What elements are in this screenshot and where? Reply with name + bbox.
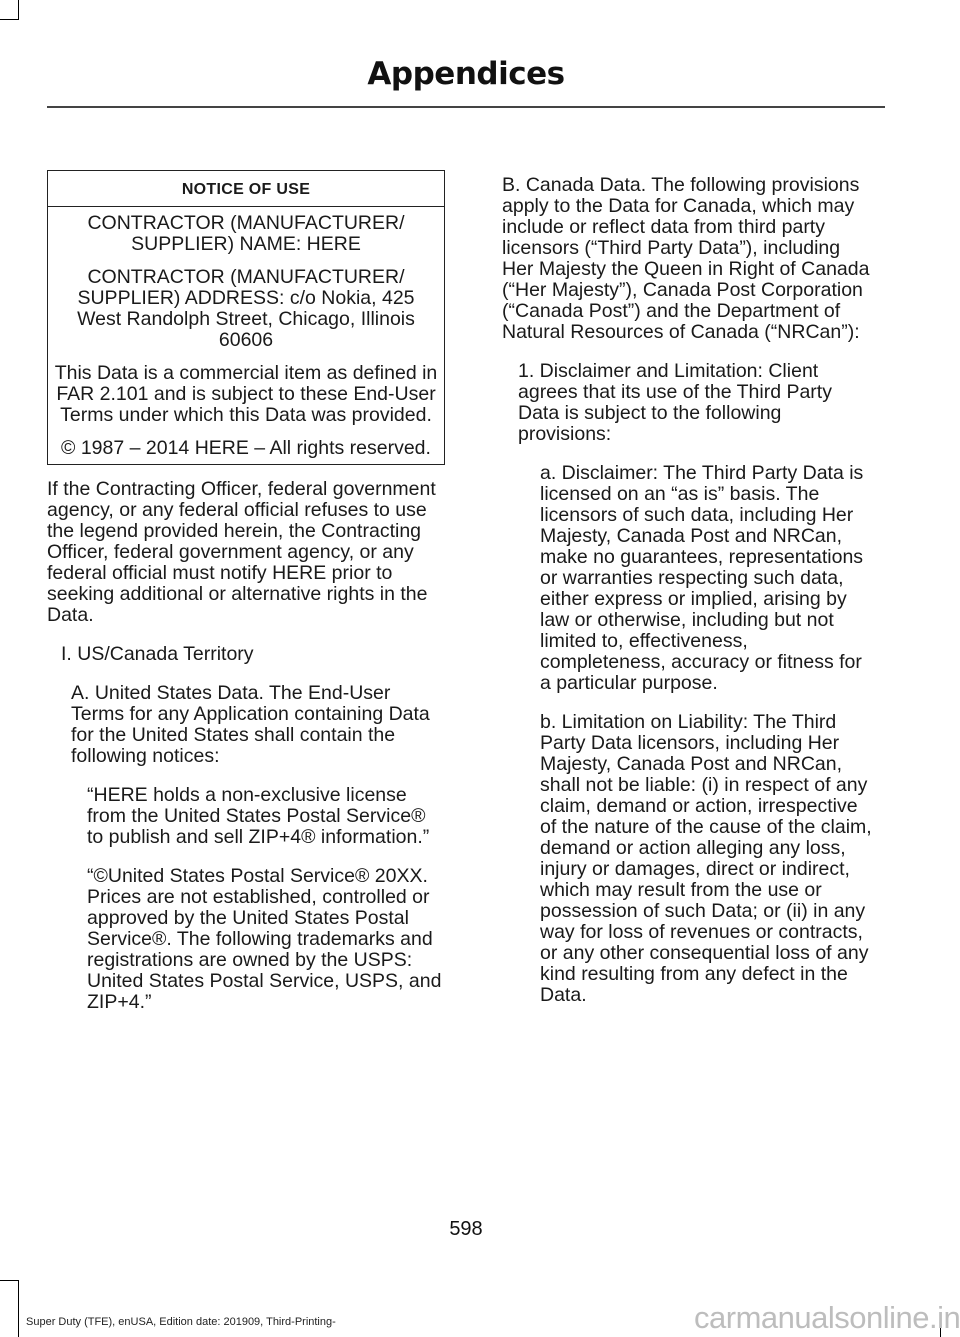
disclaimer-limitation-paragraph: 1. Disclaimer and Limitation: Client agr…	[502, 361, 874, 445]
usps-trademark-quote: “©United States Postal Service® 20XX. Pr…	[47, 866, 447, 1013]
notice-contractor-address: CONTRACTOR (MANUFACTURER/ SUPPLIER) ADDR…	[54, 267, 438, 351]
usps-license-quote: “HERE holds a non-exclusive license from…	[47, 785, 447, 848]
notice-commercial-item: This Data is a commercial item as define…	[54, 363, 438, 426]
notice-of-use-box: NOTICE OF USE CONTRACTOR (MANUFACTURER/ …	[47, 170, 445, 465]
notice-body: CONTRACTOR (MANUFACTURER/ SUPPLIER) NAME…	[48, 207, 444, 464]
contracting-officer-paragraph: If the Contracting Officer, federal gove…	[47, 479, 447, 626]
disclaimer-item-a: a. Disclaimer: The Third Party Data is l…	[502, 463, 874, 694]
liability-item-b: b. Limitation on Liability: The Third Pa…	[502, 712, 874, 1006]
territory-heading: I. US/Canada Territory	[47, 644, 447, 665]
watermark-text: carmanualsonline.info	[694, 1300, 960, 1336]
page-title: Appendices	[0, 56, 932, 92]
notice-copyright: © 1987 – 2014 HERE – All rights reserved…	[54, 438, 438, 459]
canada-data-paragraph: B. Canada Data. The following provisions…	[502, 175, 874, 343]
crop-mark-top-left	[0, 0, 19, 20]
right-column: B. Canada Data. The following provisions…	[502, 175, 874, 1024]
crop-mark-bottom-left	[0, 1280, 19, 1337]
us-data-paragraph: A. United States Data. The End-User Term…	[47, 683, 447, 767]
header-divider	[47, 106, 885, 108]
left-column: NOTICE OF USE CONTRACTOR (MANUFACTURER/ …	[47, 170, 447, 1031]
notice-heading: NOTICE OF USE	[48, 171, 444, 207]
notice-contractor-name: CONTRACTOR (MANUFACTURER/ SUPPLIER) NAME…	[54, 213, 438, 255]
edition-footer: Super Duty (TFE), enUSA, Edition date: 2…	[26, 1316, 336, 1328]
page-number: 598	[0, 1218, 932, 1241]
